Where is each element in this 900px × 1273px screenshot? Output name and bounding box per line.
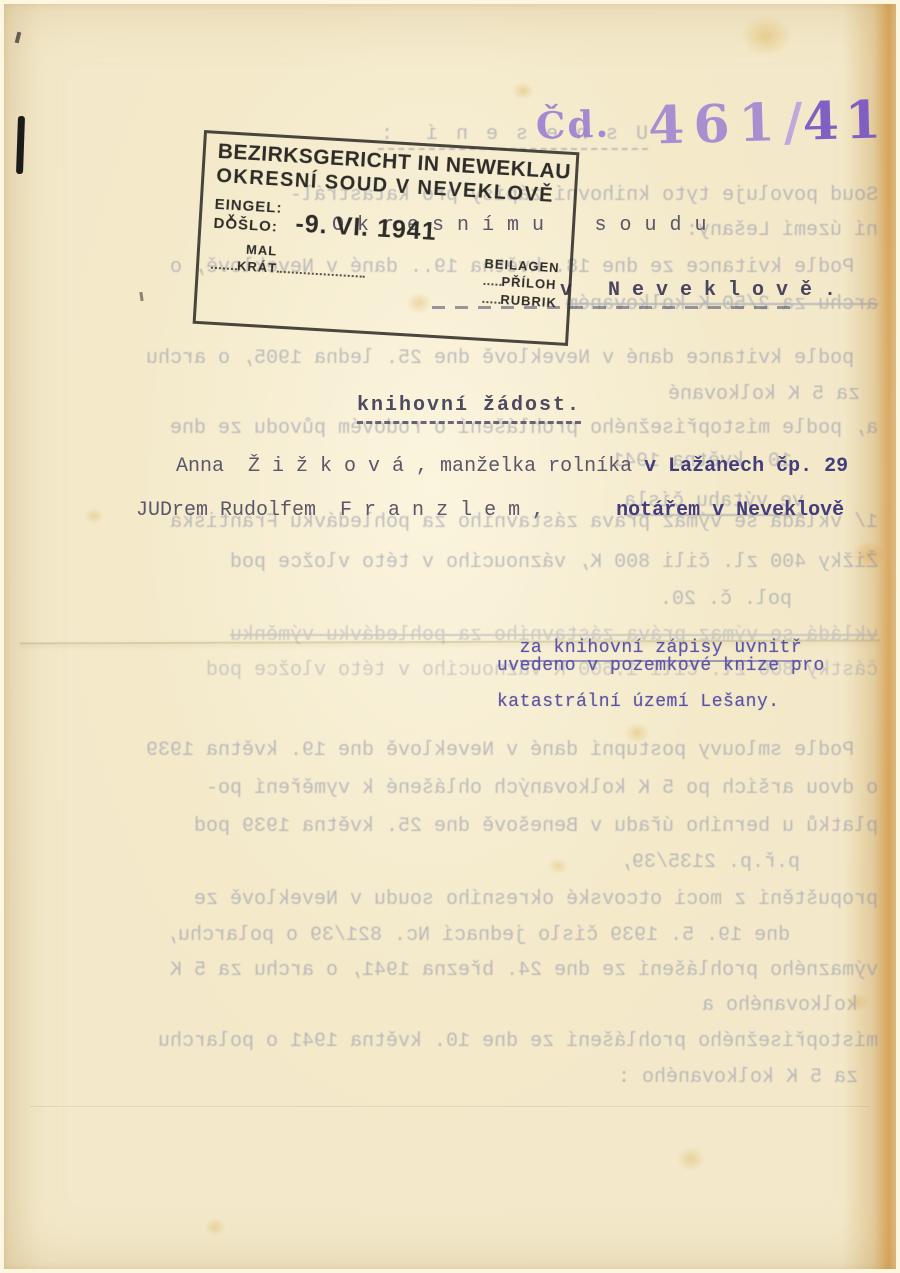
party-line-applicant: Anna Ž i ž k o v á , manželka rolníka v …	[152, 437, 848, 477]
party-line-notary: JUDrem Rudolfem F r a n z l e m , notáře…	[112, 481, 844, 521]
scanned-court-document: { "colors": { "paper": "#f3e9ca", "stamp…	[0, 0, 900, 1273]
applicant-name-text: Anna Ž i ž k o v á , manželka rolníka	[176, 455, 644, 478]
bleedthrough-line: kolkovaného a	[702, 996, 858, 1016]
bleedthrough-line: dne 19. 5. 1939 číslo jednací Nc. 821/39…	[166, 926, 790, 946]
bleedthrough-line: Žižky 400 zl. čili 800 K, váznoucího v t…	[230, 553, 878, 573]
insertion-line: za knihovní zápisy uvnitř	[497, 621, 802, 657]
notary-name-text: JUDrem Rudolfem F r a n z l e m ,	[136, 499, 616, 522]
stamp-received-date: -9. VI. 1941	[295, 209, 438, 246]
bleedthrough-line: propuštění z moci otcovské okresního sou…	[194, 890, 878, 910]
bleedthrough-line: za 5 K kolkovaného :	[618, 1068, 858, 1088]
stamp-copies-label-czech: KRÁT	[237, 259, 278, 276]
bleedthrough-line: o dvou arších po 5 K kolkovaných ohlášen…	[206, 779, 878, 799]
bleedthrough-line: za 5 K kolkované	[668, 385, 860, 405]
insertion-line: katastrální území Lešany.	[497, 693, 780, 711]
stamp-received-labels: EINGEL: x DOŠLO:	[213, 196, 283, 237]
stamp-received-label-czech: DOŠLO:	[213, 215, 282, 238]
file-number-separator: /	[783, 92, 804, 153]
bleedthrough-line: výmazného prohlášení ze dne 24. března 1…	[170, 961, 878, 981]
document-heading-text: knihovní žádost.	[357, 394, 581, 424]
stamp-rubric-label: RUBRIK	[500, 292, 557, 310]
stamp-enclosures-label-czech: PŘÍLOH	[501, 274, 557, 292]
bleedthrough-line: p.ř.p. 2135/39,	[620, 853, 800, 873]
bleedthrough-line: Podle smlouvy postupní dané v Neveklově …	[146, 741, 878, 761]
file-number-label: Čd.	[535, 102, 610, 148]
document-heading: knihovní žádost.	[333, 376, 581, 416]
court-receipt-stamp: BEZIRKSGERICHT IN NEWEKLAU OKRESNÍ SOUD …	[193, 130, 580, 346]
bleedthrough-line: ní území Lešany:	[686, 221, 878, 241]
insertion-line: uvedeno v pozemkové knize pro	[497, 657, 825, 675]
stamp-x-mark: x	[228, 210, 237, 225]
bleedthrough-line: místopřísežného prohlášení ze dne 10. kv…	[158, 1032, 878, 1052]
applicant-residence-text: v Lažanech čp. 29	[644, 455, 848, 478]
bleedthrough-line: pol. č. 20.	[660, 590, 792, 610]
notary-title-text: notářem v Neveklově	[616, 499, 844, 522]
file-number-first: 461	[647, 92, 784, 157]
file-number-stamp: Čd.461/41	[535, 89, 888, 159]
bleedthrough-line: platků u berního úřadu v Benešově dne 25…	[194, 817, 878, 837]
stamp-copies-block: MAL KRÁT	[209, 239, 366, 301]
file-number-second: 41	[802, 89, 888, 152]
stamp-enclosures-block: BEILAGEN PŘÍLOH RUBRIK	[482, 255, 560, 312]
bleedthrough-line: podle kvitance dané v Neveklově dne 25. …	[146, 349, 878, 369]
stamp-rubric-line: RUBRIK	[482, 290, 558, 312]
addressee-town-line: v N e v e k l o v ě .	[560, 281, 836, 301]
